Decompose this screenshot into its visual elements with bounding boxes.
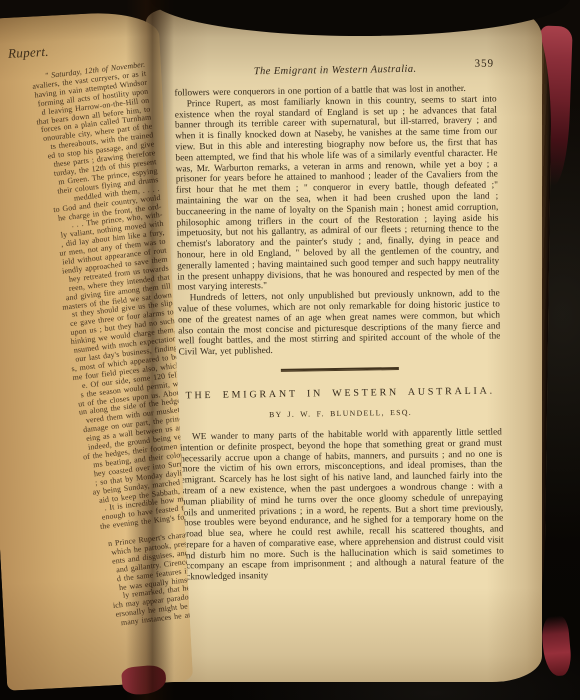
paragraph-prince-rupert: Prince Rupert, as most familiarly known … bbox=[175, 94, 500, 293]
book-photo: The Emigrant in Western Australia. 359 f… bbox=[0, 0, 580, 700]
section-divider-rule bbox=[281, 367, 399, 372]
right-page: The Emigrant in Western Australia. 359 f… bbox=[146, 8, 542, 682]
running-header-title: The Emigrant in Western Australia. bbox=[254, 64, 417, 78]
right-page-content: The Emigrant in Western Australia. 359 f… bbox=[174, 57, 504, 583]
book-cover-red-bottom-corner bbox=[540, 615, 572, 677]
article-byline: BY J. W. F. BLUNDELL, ESQ. bbox=[180, 406, 502, 420]
article-title: THE EMIGRANT IN WESTERN AUSTRALIA. bbox=[179, 385, 501, 401]
running-header-left: Rupert. bbox=[8, 44, 50, 62]
book-spine-red-bottom bbox=[121, 664, 167, 696]
left-page-text-lines: " Saturday, 12th of November.avaliers, t… bbox=[0, 61, 193, 642]
page-number: 359 bbox=[474, 58, 494, 70]
paragraph-emigrant: WE wander to many parts of the habitable… bbox=[180, 427, 504, 583]
right-page-running-header: The Emigrant in Western Australia. 359 bbox=[174, 57, 496, 76]
paragraph-letters: Hundreds of letters, not only unpublishe… bbox=[178, 289, 501, 359]
